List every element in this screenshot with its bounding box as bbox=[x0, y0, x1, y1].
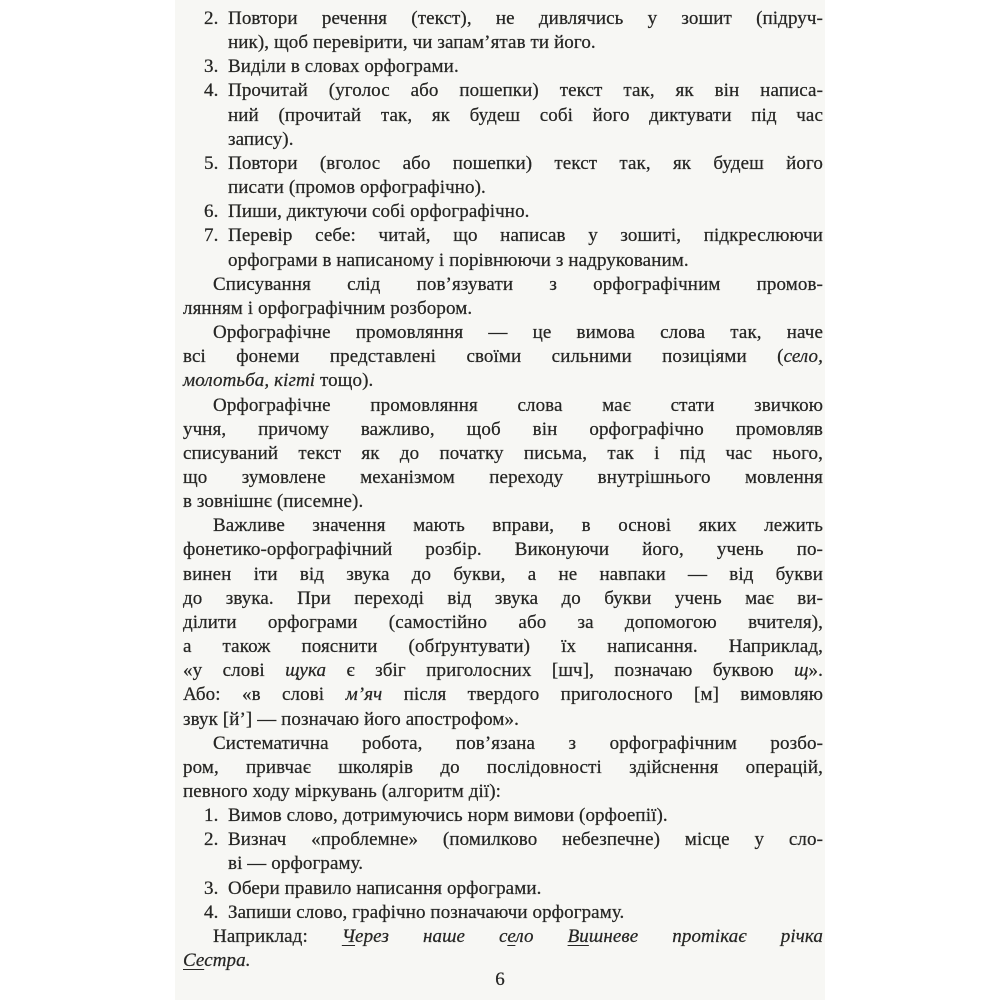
text-segment: тощо). bbox=[315, 370, 373, 391]
list-item-number: 7. bbox=[204, 224, 218, 248]
underlined-letter: Ви bbox=[568, 926, 589, 947]
text-line: Списування слід пов’язувати з орфографіч… bbox=[183, 273, 823, 297]
list-item-number: 6. bbox=[204, 200, 218, 224]
text-line: списуваний текст як до початку письма, т… bbox=[183, 442, 823, 466]
list-item-step-5: 5. Повтори (вголос або пошепки) текст та… bbox=[183, 152, 823, 200]
text-line: ром, привчає школярів до послідовності з… bbox=[183, 756, 823, 780]
text-line: Виділи в словах орфограми. bbox=[228, 55, 823, 79]
text-line: всі фонеми представлені своїми сильними … bbox=[183, 345, 823, 369]
list-item-number: 3. bbox=[204, 877, 218, 901]
text-line: ділити орфограми (самостійно або за допо… bbox=[183, 611, 823, 635]
text-line: орфограми в написаному і порівнюючи з на… bbox=[228, 249, 823, 273]
example-sentence: Через наше село Вишневе протікає річка bbox=[342, 926, 823, 947]
paragraph-exercises: Важливе значення мають вправи, в основі … bbox=[183, 514, 823, 731]
underlined-letter: Ч bbox=[342, 926, 355, 947]
text-line: що зумовлене механізмом переходу внутріш… bbox=[183, 466, 823, 490]
list-item-step-2: 2. Повтори речення (текст), не дивлячись… bbox=[183, 7, 823, 55]
list-item-number: 2. bbox=[204, 7, 218, 31]
text-line: фонетико-орфографічний розбір. Виконуючи… bbox=[183, 538, 823, 562]
list-item-step-7: 7. Перевір себе: читай, що написав у зош… bbox=[183, 224, 823, 272]
list-item-number: 2. bbox=[204, 828, 218, 852]
text-line: Орфографічне промовляння слова має стати… bbox=[183, 394, 823, 418]
text-line: Обери правило написання орфограми. bbox=[228, 877, 823, 901]
text-line: молотьба, кігті тощо). bbox=[183, 369, 823, 393]
text-line: учня, причому важливо, щоб він орфографі… bbox=[183, 418, 823, 442]
text-segment: ». bbox=[809, 660, 823, 681]
list-item-algo-4: 4. Запиши слово, графічно позначаючи орф… bbox=[183, 901, 823, 925]
text-line: в зовнішнє (писемне). bbox=[183, 490, 823, 514]
text-line: писати (промов орфографічно). bbox=[228, 176, 823, 200]
list-item-number: 4. bbox=[204, 79, 218, 103]
text-line: Повтори речення (текст), не дивлячись у … bbox=[228, 7, 823, 31]
paragraph-pronounce-definition: Орфографічне промовляння — це вимова сло… bbox=[183, 321, 823, 393]
text-line: Орфографічне промовляння — це вимова сло… bbox=[183, 321, 823, 345]
scanned-book-page: 2. Повтори речення (текст), не дивлячись… bbox=[175, 0, 825, 1000]
text-line: до звука. При переході від звука до букв… bbox=[183, 587, 823, 611]
text-line: ник), щоб перевірити, чи запам’ятав ти й… bbox=[228, 31, 823, 55]
text-segment: стра. bbox=[204, 950, 250, 971]
text-line: Систематична робота, пов’язана з орфогра… bbox=[183, 732, 823, 756]
list-item-step-6: 6. Пиши, диктуючи собі орфографічно. bbox=[183, 200, 823, 224]
text-line: Прочитай (уголос або пошепки) текст так,… bbox=[228, 79, 823, 103]
text-line: Визнач «проблемне» (помилково небезпечне… bbox=[228, 828, 823, 852]
list-item-number: 1. bbox=[204, 804, 218, 828]
italic-word-myach: м’яч bbox=[346, 684, 383, 705]
text-line: Повтори (вголос або пошепки) текст так, … bbox=[228, 152, 823, 176]
text-segment: після твердого приголосного [м] вимовляю bbox=[382, 684, 823, 705]
list-item-algo-3: 3. Обери правило написання орфограми. bbox=[183, 877, 823, 901]
italic-words-molotba-kihti: молотьба, кігті bbox=[183, 370, 315, 391]
paragraph-systematic: Систематична робота, пов’язана з орфогра… bbox=[183, 732, 823, 804]
italic-word-shchuka: щука bbox=[285, 660, 326, 681]
text-line: а також пояснити (обґрунтувати) їх напис… bbox=[183, 635, 823, 659]
text-line: Перевір себе: читай, що написав у зошиті… bbox=[228, 224, 823, 248]
text-line: Запиши слово, графічно позначаючи орфогр… bbox=[228, 901, 823, 925]
text-segment: всі фонеми представлені своїми сильними … bbox=[183, 346, 784, 367]
text-line: винен іти від звука до букви, а не навпа… bbox=[183, 563, 823, 587]
text-segment: ло bbox=[515, 926, 567, 947]
list-item-step-4: 4. Прочитай (уголос або пошепки) текст т… bbox=[183, 79, 823, 151]
text-column: 2. Повтори речення (текст), не дивлячись… bbox=[183, 0, 823, 973]
list-item-algo-1: 1. Вимов слово, дотримуючись норм вимови… bbox=[183, 804, 823, 828]
list-item-number: 4. bbox=[204, 901, 218, 925]
text-segment: ерез наше с bbox=[355, 926, 507, 947]
paragraph-copying: Списування слід пов’язувати з орфографіч… bbox=[183, 273, 823, 321]
text-line: Важливе значення мають вправи, в основі … bbox=[183, 514, 823, 538]
paragraph-example: Наприклад: Через наше село Вишневе проті… bbox=[183, 925, 823, 973]
text-line: ний (прочитай так, як будеш собі його ди… bbox=[228, 104, 823, 128]
text-line: звук [й’] — позначаю його апострофом». bbox=[183, 708, 823, 732]
text-segment: «у слові bbox=[183, 660, 285, 681]
example-sentence-continued: Сестра. bbox=[183, 950, 251, 971]
example-label: Наприклад: bbox=[213, 926, 342, 947]
text-line: Вимов слово, дотримуючись норм вимови (о… bbox=[228, 804, 823, 828]
text-segment: є збіг приголосних [шч], позначаю буквою bbox=[326, 660, 794, 681]
italic-word-selo: село, bbox=[784, 346, 823, 367]
underlined-letter: Се bbox=[183, 950, 204, 971]
italic-letter-shch: щ bbox=[794, 660, 808, 681]
text-segment: Або: «в слові bbox=[183, 684, 346, 705]
paragraph-habit: Орфографічне промовляння слова має стати… bbox=[183, 394, 823, 515]
text-line: Або: «в слові м’яч після твердого пригол… bbox=[183, 683, 823, 707]
list-item-number: 3. bbox=[204, 55, 218, 79]
page-number: 6 bbox=[175, 969, 825, 991]
list-item-number: 5. bbox=[204, 152, 218, 176]
text-line: Наприклад: Через наше село Вишневе проті… bbox=[183, 925, 823, 949]
text-line: певного ходу міркувань (алгоритм дії): bbox=[183, 780, 823, 804]
text-line: лянням і орфографічним розбором. bbox=[183, 297, 823, 321]
list-item-algo-2: 2. Визнач «проблемне» (помилково небезпе… bbox=[183, 828, 823, 876]
text-line: запису). bbox=[228, 128, 823, 152]
list-item-step-3: 3. Виділи в словах орфограми. bbox=[183, 55, 823, 79]
text-line: ві — орфограму. bbox=[228, 852, 823, 876]
text-line: Пиши, диктуючи собі орфографічно. bbox=[228, 200, 823, 224]
text-segment: шневе протікає річка bbox=[589, 926, 823, 947]
text-line: «у слові щука є збіг приголосних [шч], п… bbox=[183, 659, 823, 683]
